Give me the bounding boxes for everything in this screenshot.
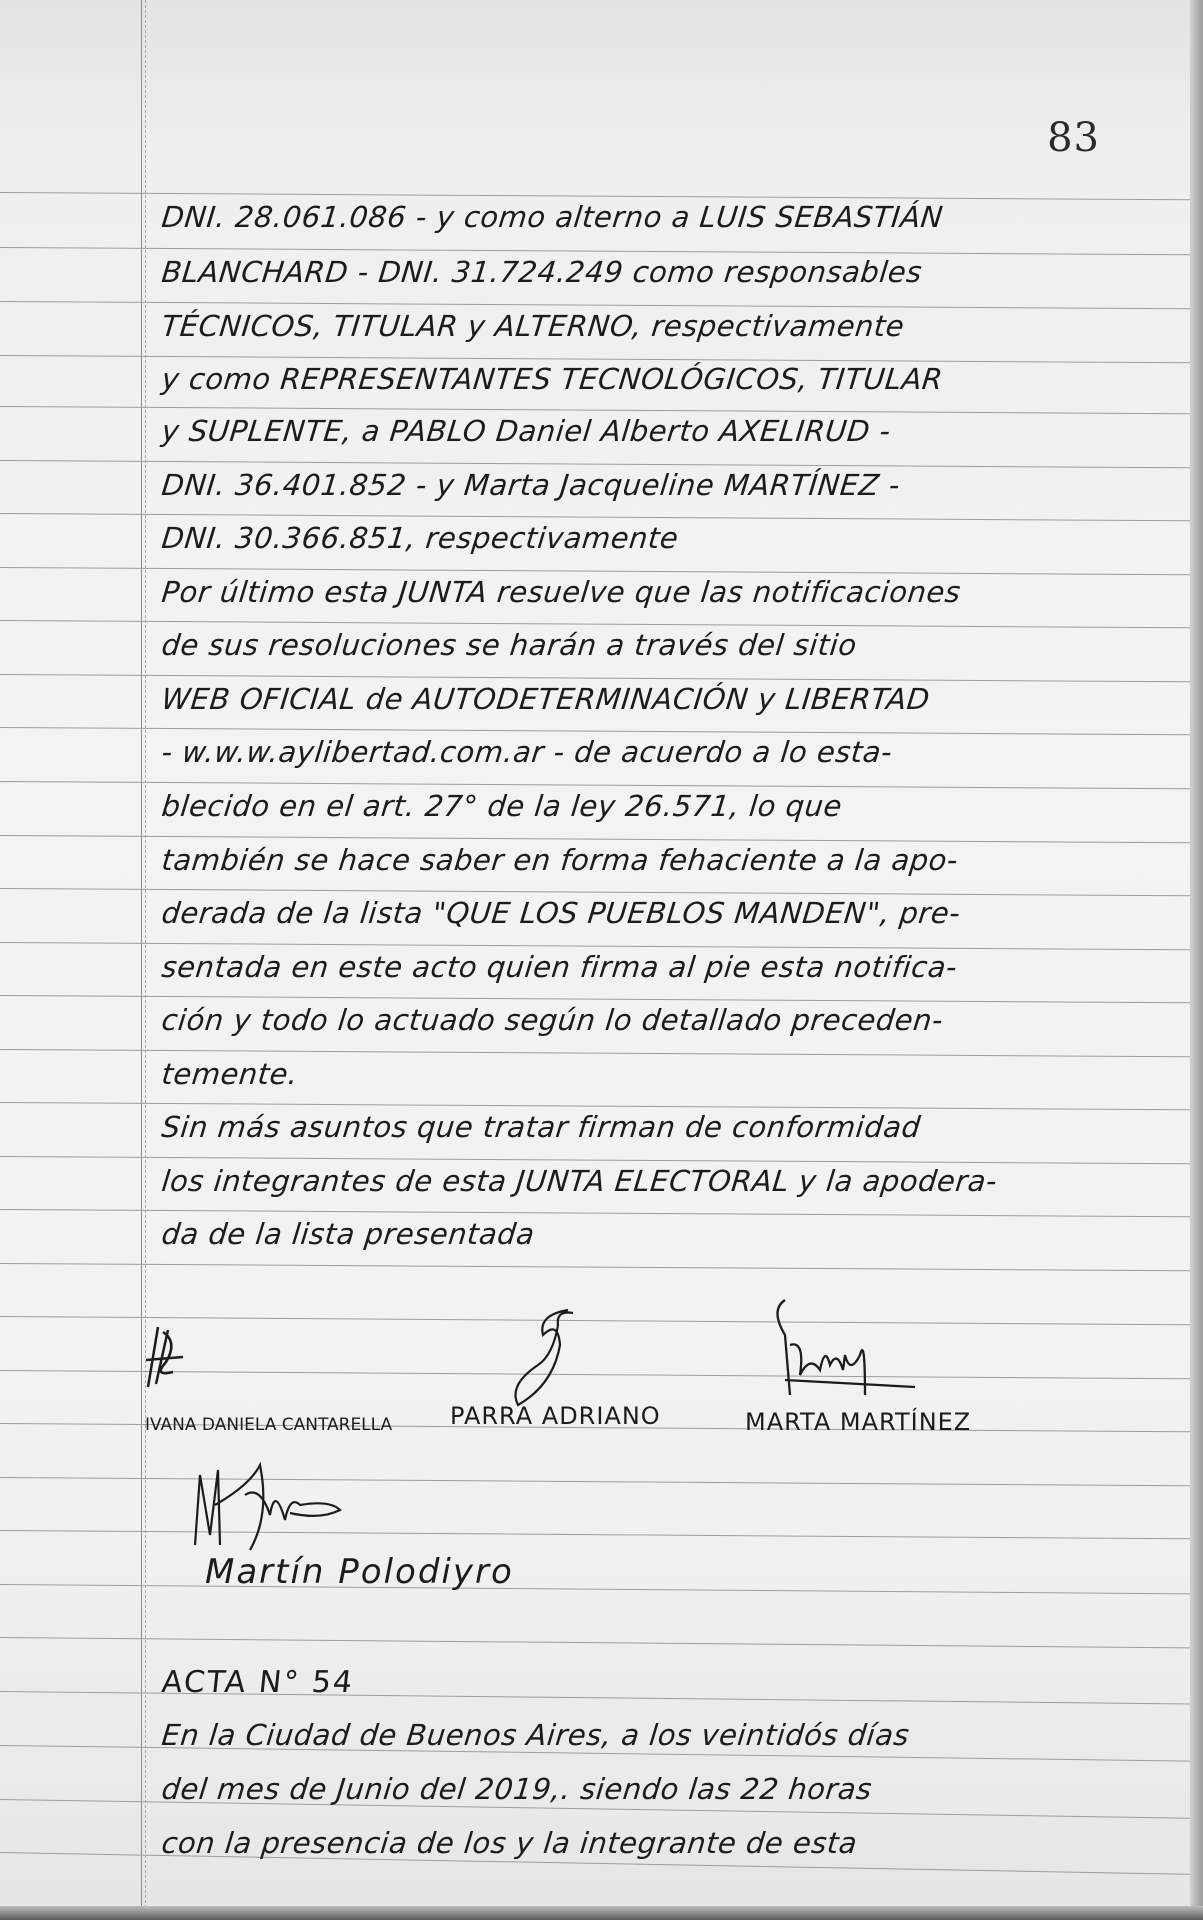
ruled-line [0, 1263, 1190, 1271]
handwritten-line: con la presencia de los y la integrante … [160, 1826, 859, 1860]
ruled-line [0, 1477, 1190, 1486]
handwritten-line: ción y todo lo actuado según lo detallad… [160, 1003, 945, 1037]
handwritten-line: sentada en este acto quien firma al pie … [160, 950, 959, 984]
margin-line-secondary [145, 0, 146, 1908]
handwritten-line: DNI. 28.061.086 - y como alterno a LUIS … [160, 200, 945, 234]
handwritten-line: BLANCHARD - DNI. 31.724.249 como respons… [160, 255, 924, 289]
handwritten-line: Por último esta JUNTA resuelve que las n… [160, 575, 962, 609]
notebook-page: 83 DNI. 28.061.086 - y como alterno a LU… [0, 0, 1190, 1908]
page-edge [1190, 0, 1203, 1920]
handwritten-line: DNI. 36.401.852 - y Marta Jacqueline MAR… [160, 468, 902, 502]
handwritten-line: temente. [160, 1057, 300, 1091]
signature-name-martinez: MARTA MARTÍNEZ [745, 1408, 971, 1436]
handwritten-line: y SUPLENTE, a PABLO Daniel Alberto AXELI… [160, 414, 892, 448]
handwritten-line: da de la lista presentada [160, 1217, 536, 1251]
handwritten-line: del mes de Junio del 2019,. siendo las 2… [160, 1772, 874, 1806]
handwritten-line: Sin más asuntos que tratar firman de con… [160, 1110, 922, 1144]
act-title: ACTA N° 54 [160, 1665, 356, 1700]
handwritten-line: DNI. 30.366.851, respectivamente [160, 521, 680, 555]
signature-cantarella [138, 1322, 188, 1392]
handwritten-line: los integrantes de esta JUNTA ELECTORAL … [160, 1164, 999, 1198]
signature-polodiyro [190, 1455, 370, 1555]
page-number: 83 [1047, 115, 1100, 161]
handwritten-line: TÉCNICOS, TITULAR y ALTERNO, respectivam… [160, 309, 906, 343]
handwritten-line: de sus resoluciones se harán a través de… [160, 628, 859, 662]
handwritten-line: y como REPRESENTANTES TECNOLÓGICOS, TITU… [160, 362, 945, 396]
signature-name-polodiyro: Martín Polodiyro [205, 1552, 514, 1592]
signature-name-parra: PARRA ADRIANO [450, 1402, 661, 1430]
signature-parra [498, 1305, 588, 1415]
page-bottom-edge [0, 1906, 1203, 1920]
handwritten-line: WEB OFICIAL de AUTODETERMINACIÓN y LIBER… [160, 682, 932, 716]
ruled-line [0, 1530, 1190, 1539]
handwritten-line: - w.w.w.aylibertad.com.ar - de acuerdo a… [160, 735, 894, 769]
handwritten-line: también se hace saber en forma fehacient… [160, 843, 960, 877]
handwritten-line: blecido en el art. 27° de la ley 26.571,… [160, 789, 844, 823]
margin-line [141, 0, 142, 1908]
handwritten-line: En la Ciudad de Buenos Aires, a los vein… [160, 1718, 911, 1752]
signature-name-cantarella: IVANA DANIELA CANTARELLA [145, 1415, 392, 1435]
signature-martinez [765, 1295, 945, 1405]
handwritten-line: derada de la lista "QUE LOS PUEBLOS MAND… [160, 896, 962, 930]
ruled-line [0, 1584, 1190, 1594]
ruled-line [0, 1637, 1190, 1648]
